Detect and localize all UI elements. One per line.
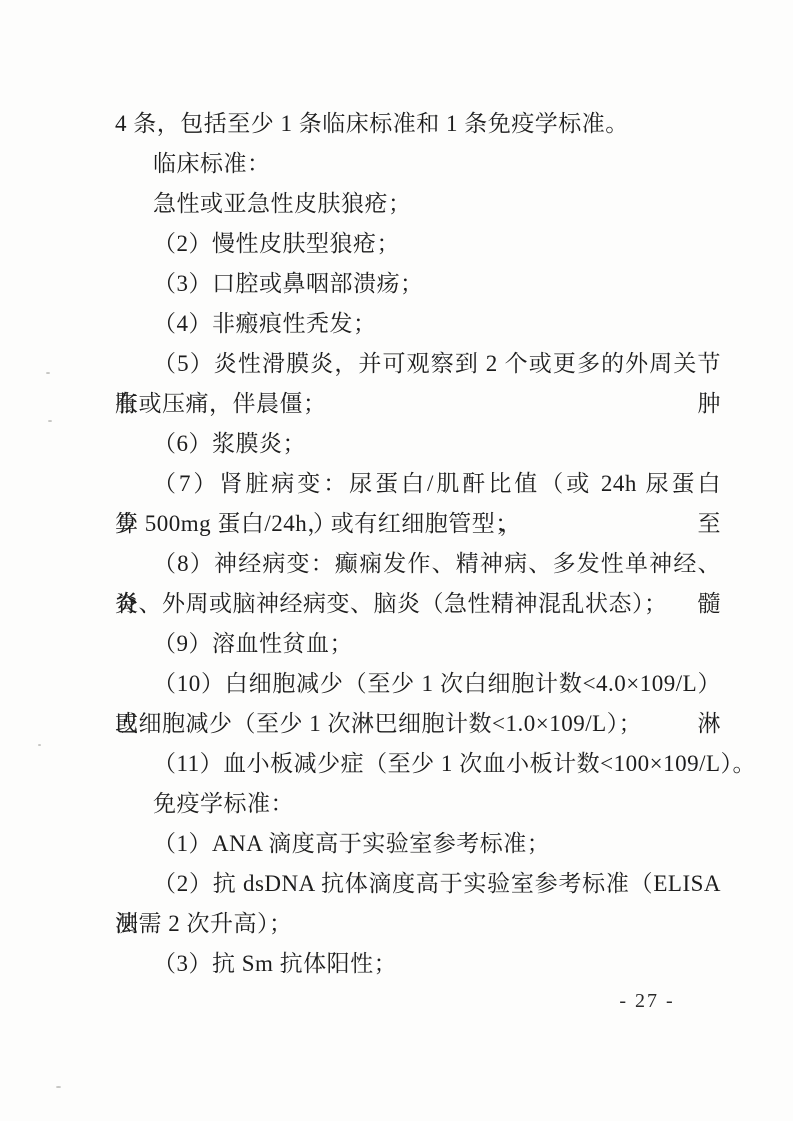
document-text-block: 4 条，包括至少 1 条临床标准和 1 条免疫学标准。临床标准：急性或亚急性皮肤…: [115, 104, 721, 984]
text-line: （8）神经病变：癫痫发作、精神病、多发性单神经、脊髓: [115, 544, 721, 584]
text-line: （2）慢性皮肤型狼疮；: [115, 224, 721, 264]
text-line: 测需 2 次升高）；: [115, 904, 721, 944]
text-line: （1）ANA 滴度高于实验室参考标准；: [115, 824, 721, 864]
text-line: （5）炎性滑膜炎，并可观察到 2 个或更多的外周关节有肿: [115, 344, 721, 384]
text-line: （3）抗 Sm 抗体阳性；: [115, 944, 721, 984]
text-line: 临床标准：: [115, 144, 721, 184]
text-line: （11）血小板减少症（至少 1 次血小板计数<100×109/L）。: [115, 744, 721, 784]
scan-speck: [48, 420, 52, 422]
text-line: （7）肾脏病变：尿蛋白/肌酐比值（或 24h 尿蛋白算），至: [115, 464, 721, 504]
text-line: （10）白细胞减少（至少 1 次白细胞计数<4.0×109/L）或淋: [115, 664, 721, 704]
text-line: 4 条，包括至少 1 条临床标准和 1 条免疫学标准。: [115, 104, 721, 144]
text-line: （6）浆膜炎；: [115, 424, 721, 464]
text-line: 炎、外周或脑神经病变、脑炎（急性精神混乱状态）；: [115, 584, 721, 624]
scan-speck: [46, 372, 50, 374]
text-line: 免疫学标准：: [115, 784, 721, 824]
page-number: - 27 -: [585, 990, 709, 1013]
text-line: （2）抗 dsDNA 抗体滴度高于实验室参考标准（ELISA 法: [115, 864, 721, 904]
text-line: 急性或亚急性皮肤狼疮；: [115, 184, 721, 224]
text-line: （4）非瘢痕性秃发；: [115, 304, 721, 344]
scan-speck: [56, 1086, 61, 1088]
text-line: （3）口腔或鼻咽部溃疡；: [115, 264, 721, 304]
text-line: 巴细胞减少（至少 1 次淋巴细胞计数<1.0×109/L）；: [115, 704, 721, 744]
text-line: （9）溶血性贫血；: [115, 624, 721, 664]
scan-speck: [38, 744, 41, 746]
document-page: 4 条，包括至少 1 条临床标准和 1 条免疫学标准。临床标准：急性或亚急性皮肤…: [0, 0, 793, 1121]
